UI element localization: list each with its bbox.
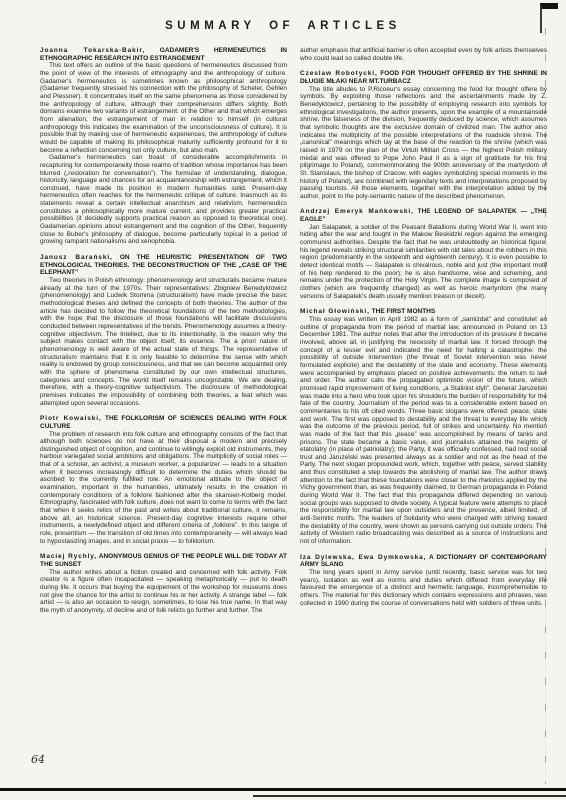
article-continuation: author emphasis that artificial barrier … — [300, 47, 547, 62]
article-author: Joanna Tokarska-Bakir, — [40, 47, 145, 54]
article-glowinski: Michał Głowiński, THE FIRST MONTHS This … — [300, 308, 547, 545]
article-paragraph: The title alludes to P.Ricoeur's essay c… — [300, 86, 547, 201]
article-rychly: Maciej Rychly, ANONYMOUS GENIUS OF THE P… — [40, 553, 287, 614]
article-baranski: Janusz Barański, ON THE HEURISTIC PRESEN… — [40, 254, 287, 407]
bottom-rule — [0, 788, 566, 791]
article-paragraph: Jan Salapatek, a soldier of the Peasant … — [300, 224, 547, 301]
article-author: Andrzej Emeryk Mańkowski, — [300, 208, 414, 215]
article-kowalski: Piotr Kowalski, THE FOLKLORISM OF SCIENC… — [40, 415, 287, 545]
article-paragraph: The long years spent in Army service (un… — [300, 569, 547, 607]
article-paragraph: author emphasis that artificial barrier … — [300, 47, 547, 62]
article-mankowski: Andrzej Emeryk Mańkowski, THE LEGEND OF … — [300, 208, 547, 300]
article-heading: Michał Głowiński, THE FIRST MONTHS — [300, 308, 547, 316]
right-column: author emphasis that artificial barrier … — [300, 47, 547, 615]
page-number: 64 — [31, 753, 45, 766]
article-heading: Maciej Rychly, ANONYMOUS GENIUS OF THE P… — [40, 553, 287, 568]
article-title: THE FIRST MONTHS — [372, 308, 436, 315]
article-heading: Joanna Tokarska-Bakir, GADAMER'S HERMENE… — [40, 47, 287, 62]
article-paragraph: Gadamer's hermeneutics can boast of cons… — [40, 154, 287, 246]
article-heading: Janusz Barański, ON THE HEURISTIC PRESEN… — [40, 254, 287, 277]
article-paragraph: This text offers an outline of the basic… — [40, 62, 287, 154]
article-paragraph: This essay was written in April 1982 as … — [300, 316, 547, 546]
article-paragraph: The problem of research into folk cultur… — [40, 431, 287, 546]
article-dylewska-dymkowska: Iza Dylewska, Ewa Dymkowska, A DICTIONAR… — [300, 554, 547, 608]
left-column: Joanna Tokarska-Bakir, GADAMER'S HERMENE… — [40, 47, 287, 623]
article-author: Piotr Kowalski, — [40, 415, 102, 422]
article-heading: Czeslaw Robotycki, FOOD FOR THOUGHT OFFE… — [300, 70, 547, 85]
article-heading: Andrzej Emeryk Mańkowski, THE LEGEND OF … — [300, 208, 547, 223]
bottom-rule-secondary — [253, 795, 566, 797]
article-author: Michał Głowiński, — [300, 308, 370, 315]
article-heading: Piotr Kowalski, THE FOLKLORISM OF SCIENC… — [40, 415, 287, 430]
article-robotycki: Czeslaw Robotycki, FOOD FOR THOUGHT OFFE… — [300, 70, 547, 200]
article-author: Janusz Barański, — [40, 254, 113, 261]
article-heading: Iza Dylewska, Ewa Dymkowska, A DICTIONAR… — [300, 554, 547, 569]
article-paragraph: The author writes about a fiction create… — [40, 569, 287, 615]
article-author: Iza Dylewska, Ewa Dymkowska, — [300, 554, 426, 561]
scan-corner-mark — [540, 3, 558, 33]
article-tokarska-bakir: Joanna Tokarska-Bakir, GADAMER'S HERMENE… — [40, 47, 287, 246]
article-author: Czeslaw Robotycki, — [300, 70, 378, 77]
page-title: SUMMARY OF ARTICLES — [0, 20, 566, 32]
article-author: Maciej Rychly, — [40, 553, 97, 560]
article-paragraph: Two theories in Polish ethnology: phenom… — [40, 277, 287, 407]
